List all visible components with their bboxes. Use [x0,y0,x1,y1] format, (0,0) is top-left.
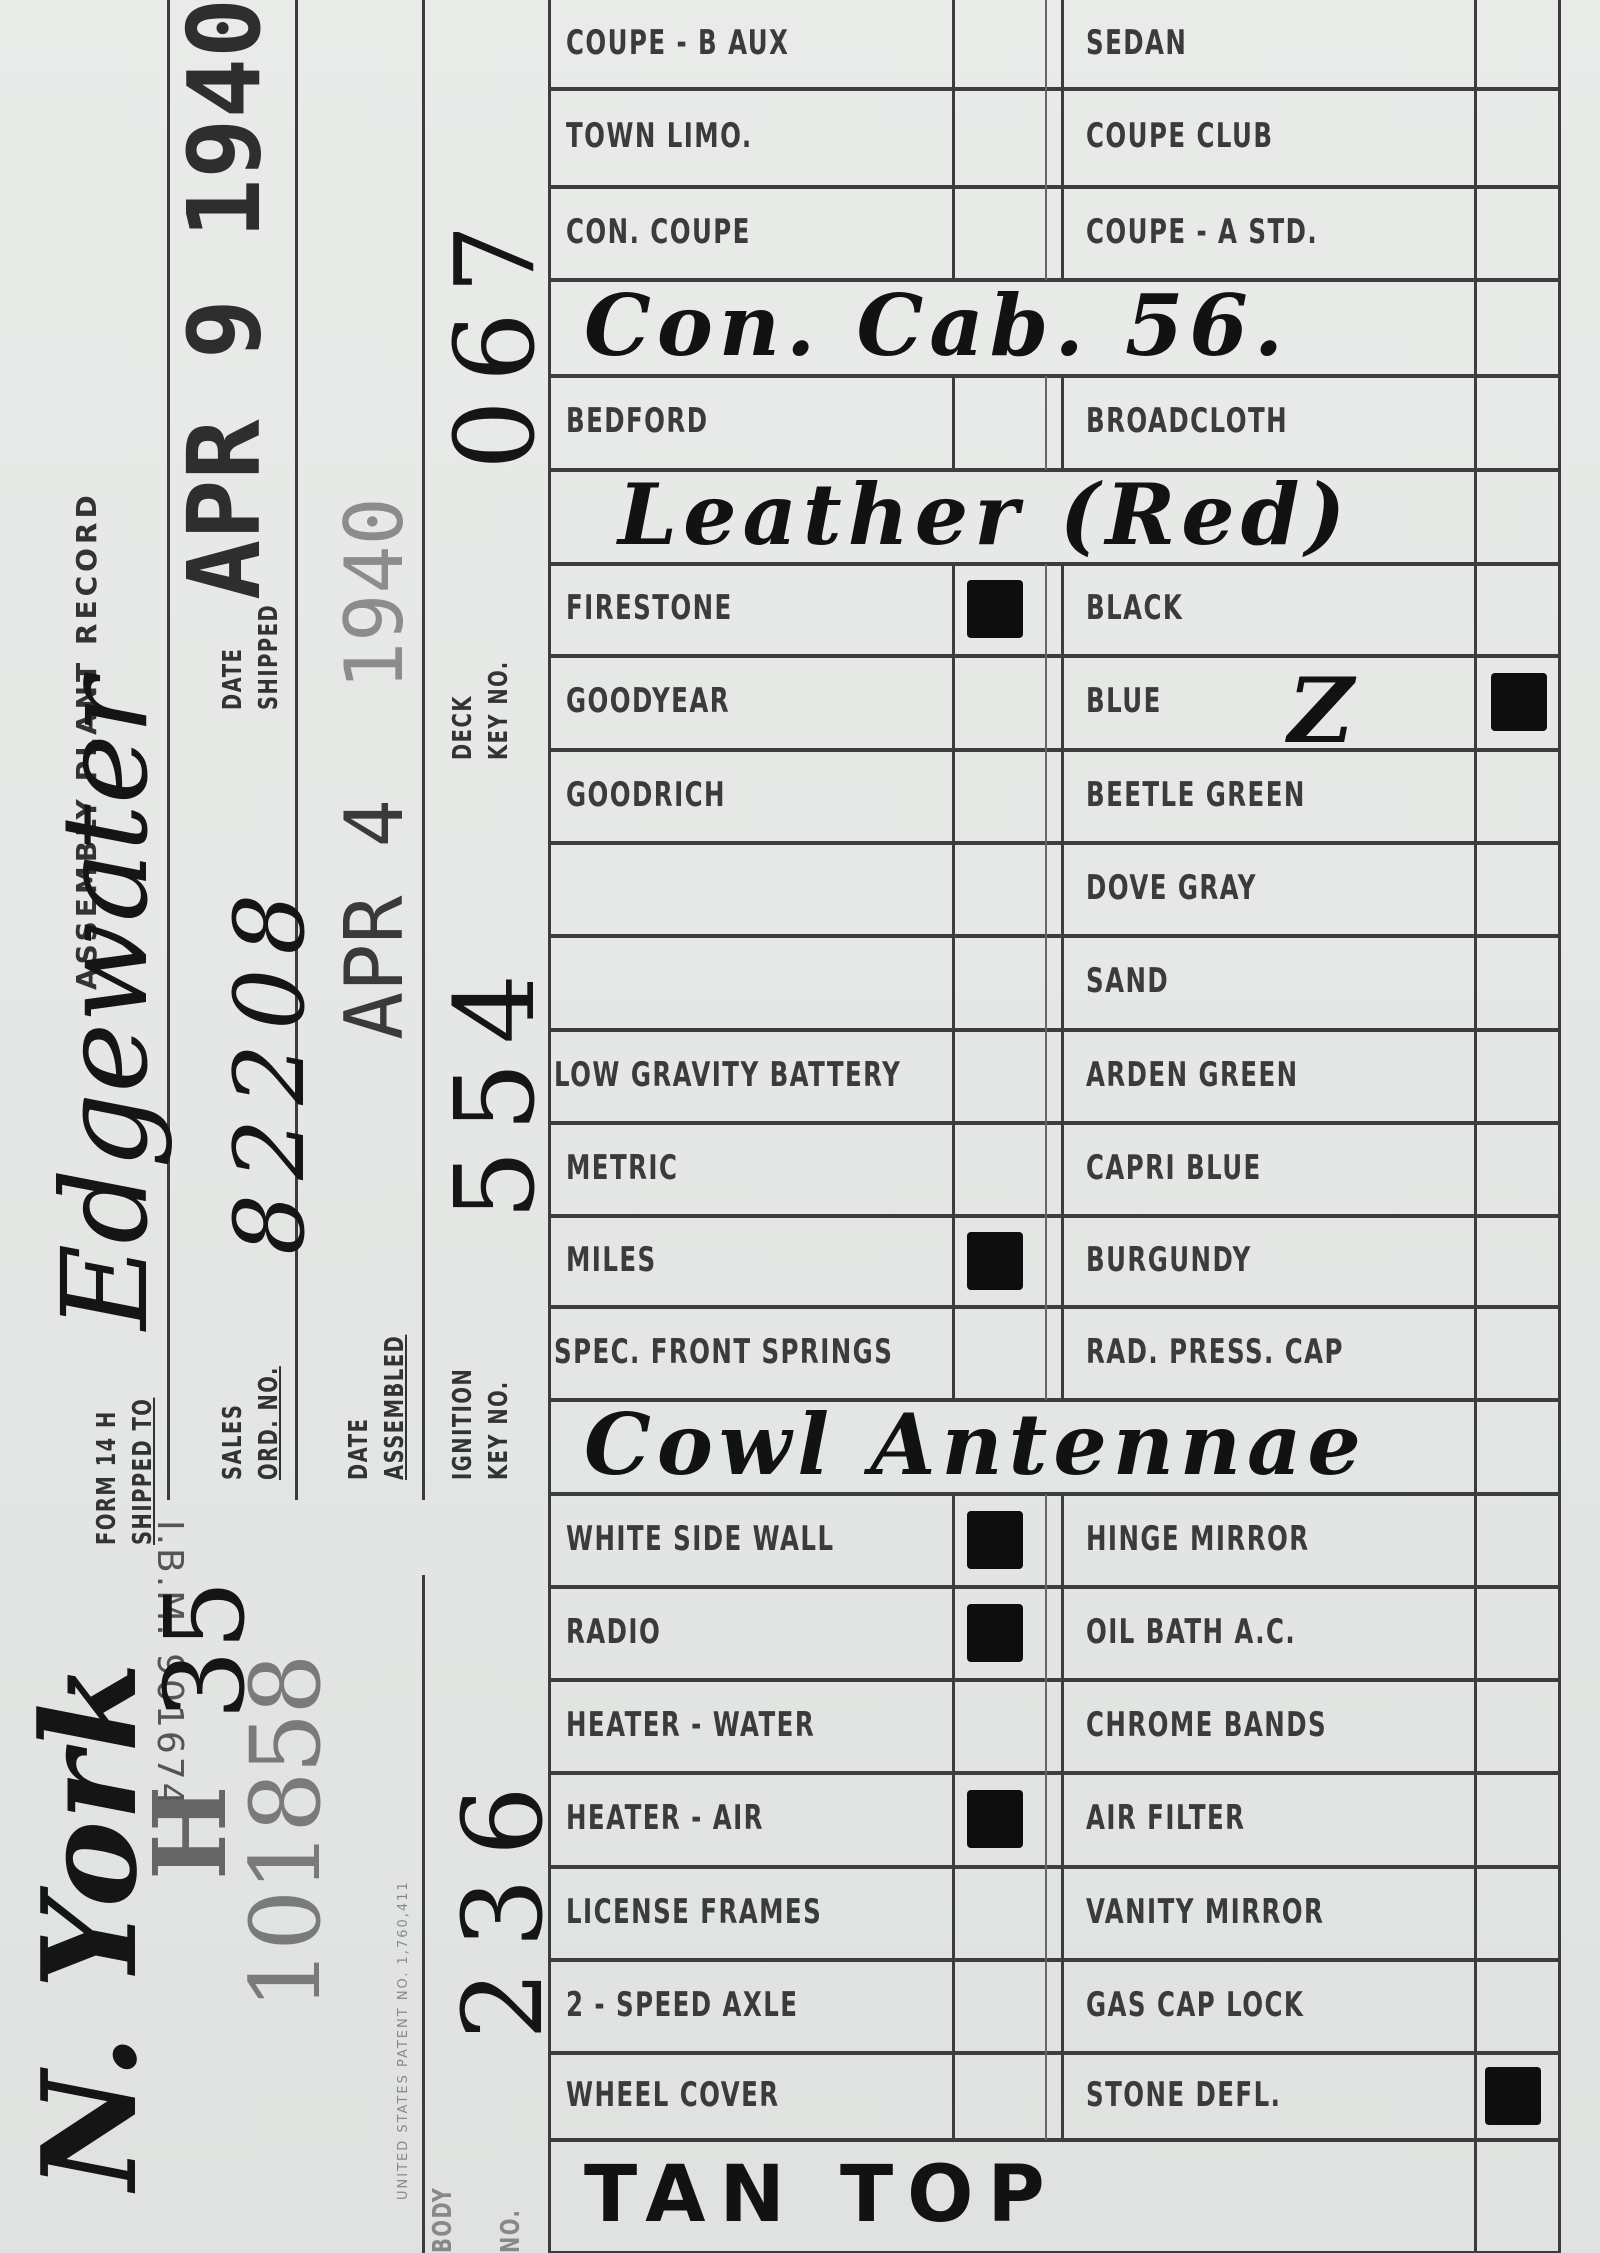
col-rule-double-a [1045,187,1047,280]
option-label-right: SAND [1086,961,1169,1001]
col-rule-double-a [1045,750,1047,843]
left-checkbox[interactable] [955,0,1043,85]
left-checkbox[interactable] [955,936,1043,1026]
deck-key-value: 067 [440,206,550,470]
table-row: RADIOOIL BATH A.C. [548,1587,1560,1680]
check-mark-icon [1485,2067,1541,2125]
col-rule-double-b [1061,1960,1064,2053]
table-row: TOWN LIMO.COUPE CLUB [548,89,1560,187]
handwritten-row: TAN TOP [548,2140,1560,2253]
left-checkbox[interactable] [955,1123,1043,1212]
handwritten-entry: TAN TOP [584,2145,1059,2245]
deck-key-label-1: DECK [448,673,478,760]
left-checkbox[interactable] [955,656,1043,746]
col-rule-double-b [1061,843,1064,936]
option-label-right: CAPRI BLUE [1086,1148,1262,1188]
right-checkbox[interactable] [1477,376,1557,466]
col-rule-double-b [1061,564,1064,656]
option-label-left: GOODRICH [566,775,726,815]
rule-date-assembled [422,0,425,1500]
option-label-left: SPEC. FRONT SPRINGS [554,1332,893,1372]
handwritten-row: Leather (Red) [548,470,1560,564]
table-row: LOW GRAVITY BATTERYARDEN GREEN [548,1030,1560,1123]
right-checkbox[interactable] [1477,187,1557,276]
col-rule-double-b [1061,1123,1064,1216]
date-shipped-label-1: DATE [218,627,248,710]
table-row: GOODYEARBLUEZ [548,656,1560,750]
left-checkbox[interactable] [955,1216,1043,1303]
handwritten-row: Cowl Antennae [548,1400,1560,1494]
table-row: HEATER - WATERCHROME BANDS [548,1680,1560,1773]
right-checkbox[interactable] [1477,564,1557,652]
table-row: METRICCAPRI BLUE [548,1123,1560,1216]
date-assembled-label-1: DATE [344,1397,374,1480]
table-row: LICENSE FRAMESVANITY MIRROR [548,1867,1560,1960]
handwritten-entry: Con. Cab. 56. [584,276,1289,376]
table-row: COUPE - B AUXSEDAN [548,0,1560,89]
col-rule-double-a [1045,1867,1047,1960]
option-label-left: 2 - SPEED AXLE [566,1985,798,2025]
option-label-left: HEATER - WATER [566,1705,815,1745]
option-label-right: BLACK [1086,588,1183,628]
col-rule-double-b [1061,0,1064,89]
col-rule-double-b [1061,1494,1064,1587]
right-checkbox[interactable] [1477,1123,1557,1212]
check-mark-icon [967,1790,1023,1848]
option-label-left: FIRESTONE [566,588,733,628]
col-rule-double-b [1061,1307,1064,1400]
option-label-left: GOODYEAR [566,681,730,721]
col-rule-double-a [1045,1307,1047,1400]
check-mark-icon [967,580,1023,638]
option-label-left: CON. COUPE [566,212,751,252]
col-rule-double-b [1061,1867,1064,1960]
check-mark-icon [967,1604,1023,1662]
option-label-right: CHROME BANDS [1086,1705,1327,1745]
left-checkbox[interactable] [955,2053,1043,2136]
option-label-right: GAS CAP LOCK [1086,1985,1304,2025]
body-no-label-2: NO. [496,2194,526,2253]
right-checkbox[interactable] [1477,1867,1557,1956]
left-checkbox[interactable] [955,1494,1043,1583]
col-rule-double-a [1045,0,1047,89]
right-checkbox[interactable] [1477,656,1557,746]
col-rule-double-a [1045,1680,1047,1773]
right-checkbox[interactable] [1477,750,1557,839]
dealer-name: N. York [20,1662,160,2190]
option-label-right: BEETLE GREEN [1086,775,1306,815]
right-checkbox[interactable] [1477,1960,1557,2049]
right-checkbox[interactable] [1477,1587,1557,1676]
col-rule-double-a [1045,376,1047,470]
table-row: DOVE GRAY [548,843,1560,936]
right-checkbox[interactable] [1477,936,1557,1026]
col-rule-double-a [1045,1494,1047,1587]
serial-prefix-stamp: H [140,1786,240,1880]
right-checkbox[interactable] [1477,2053,1557,2136]
col-rule-double-b [1061,187,1064,280]
option-label-right: BROADCLOTH [1086,401,1288,441]
sales-ord-value: 82208 [220,880,320,1255]
left-checkbox[interactable] [955,843,1043,932]
left-checkbox[interactable] [955,1773,1043,1863]
left-checkbox[interactable] [955,1587,1043,1676]
col-rule-double-b [1061,936,1064,1030]
right-checkbox[interactable] [1477,1216,1557,1303]
col-rule-double-b [1061,656,1064,750]
shipped-to-label: SHIPPED TO [128,1348,158,1545]
body-no-label-1: BODY [428,2165,458,2253]
option-label-left: WHEEL COVER [566,2075,780,2115]
shipped-to-value: Edgewater [40,678,170,1330]
table-row: GOODRICHBEETLE GREEN [548,750,1560,843]
date-shipped-value: APR 9 1940 [170,0,280,600]
handwritten-row: Con. Cab. 56. [548,280,1560,376]
col-rule-double-b [1061,1216,1064,1307]
left-checkbox[interactable] [955,187,1043,276]
col-rule-double-b [1061,2053,1064,2140]
ignition-key-label-1: IGNITION [448,1330,478,1480]
col-rule-double-a [1045,843,1047,936]
table-row: WHEEL COVERSTONE DEFL. [548,2053,1560,2140]
deck-key-label-2: KEY NO. [484,627,514,760]
col-rule-double-a [1045,1216,1047,1307]
check-mark-icon [967,1232,1023,1290]
left-checkbox[interactable] [955,376,1043,466]
option-label-left: METRIC [566,1148,678,1188]
option-label-right: ARDEN GREEN [1086,1055,1299,1095]
left-checkbox[interactable] [955,564,1043,652]
col-rule-double-a [1045,656,1047,750]
sales-ord-label-2: ORD. NO. [254,1328,284,1480]
col-rule-double-b [1061,1030,1064,1123]
right-checkbox[interactable] [1477,1307,1557,1396]
body-no-value: 236 [448,1764,558,2040]
sales-ord-label-1: SALES [218,1378,248,1480]
table-row: 2 - SPEED AXLEGAS CAP LOCK [548,1960,1560,2053]
col-rule-double-b [1061,750,1064,843]
right-checkbox[interactable] [1477,89,1557,183]
option-label-left: RADIO [566,1612,661,1652]
table-row: FIRESTONEBLACK [548,564,1560,656]
option-label-right: STONE DEFL. [1086,2075,1281,2115]
rule-sales-ord [295,0,298,1500]
option-label-right: BURGUNDY [1086,1240,1252,1280]
left-checkbox[interactable] [955,1867,1043,1956]
col-rule-double-a [1045,2053,1047,2140]
option-label-left: MILES [566,1240,657,1280]
table-row: SAND [548,936,1560,1030]
col-rule-double-b [1061,1680,1064,1773]
option-label-right: SEDAN [1086,23,1187,63]
check-mark-icon [967,1511,1023,1569]
left-checkbox[interactable] [955,1680,1043,1769]
handwritten-entry: Cowl Antennae [584,1395,1367,1495]
right-checkbox[interactable] [1477,1773,1557,1863]
check-mark-icon [1491,673,1547,731]
right-checkbox[interactable] [1477,1680,1557,1769]
option-label-right: VANITY MIRROR [1086,1892,1324,1932]
col-rule-double-a [1045,1587,1047,1680]
col-rule-double-a [1045,564,1047,656]
col-rule-double-a [1045,89,1047,187]
date-assembled-month-day: APR 4 [330,799,420,1040]
left-checkbox[interactable] [955,1030,1043,1119]
right-checkbox[interactable] [1477,0,1557,85]
left-checkbox[interactable] [955,1307,1043,1396]
option-label-right: AIR FILTER [1086,1798,1245,1838]
option-label-right: RAD. PRESS. CAP [1086,1332,1344,1372]
table-row: CON. COUPECOUPE - A STD. [548,187,1560,280]
date-assembled-year: 1940 [330,497,420,690]
option-label-right: BLUE [1086,681,1162,721]
left-checkbox[interactable] [955,750,1043,839]
table-row: SPEC. FRONT SPRINGSRAD. PRESS. CAP [548,1307,1560,1400]
right-checkbox[interactable] [1477,843,1557,932]
option-label-left: COUPE - B AUX [566,23,789,63]
col-rule-double-b [1061,89,1064,187]
col-rule-double-a [1045,1030,1047,1123]
right-checkbox[interactable] [1477,1494,1557,1583]
col-rule-double-b [1061,376,1064,470]
ignition-key-label-2: KEY NO. [484,1347,514,1480]
rule-date-assembled-lower [422,1575,425,2253]
options-table: COUPE - B AUXSEDANTOWN LIMO.COUPE CLUBCO… [548,0,1563,2253]
patent-number: UNITED STATES PATENT NO. 1,760,411 [396,1880,411,2200]
option-label-right: OIL BATH A.C. [1086,1612,1296,1652]
table-row: BEDFORDBROADCLOTH [548,376,1560,470]
form-label: FORM 14 H [92,1365,122,1545]
col-rule-double-a [1045,1960,1047,2053]
option-label-right: COUPE - A STD. [1086,212,1318,252]
table-row: MILESBURGUNDY [548,1216,1560,1307]
date-assembled-label-2: ASSEMBLED [380,1286,410,1480]
col-rule-double-a [1045,1123,1047,1216]
option-label-left: BEDFORD [566,401,708,441]
col-rule-double-a [1045,936,1047,1030]
option-label-right: DOVE GRAY [1086,868,1257,908]
table-row: HEATER - AIRAIR FILTER [548,1773,1560,1867]
col-rule-double-b [1061,1773,1064,1867]
col-rule-double-b [1061,1587,1064,1680]
option-label-right: HINGE MIRROR [1086,1519,1310,1559]
table-row: WHITE SIDE WALLHINGE MIRROR [548,1494,1560,1587]
option-label-left: WHITE SIDE WALL [566,1519,834,1559]
left-checkbox[interactable] [955,89,1043,183]
option-label-left: TOWN LIMO. [566,116,753,156]
option-label-left: HEATER - AIR [566,1798,764,1838]
serial-number-stamp: 101858 [238,1656,334,2010]
left-checkbox[interactable] [955,1960,1043,2049]
handwritten-entry: Leather (Red) [618,465,1351,565]
option-label-left: LOW GRAVITY BATTERY [554,1055,901,1095]
option-label-left: LICENSE FRAMES [566,1892,822,1932]
option-label-right: COUPE CLUB [1086,116,1273,156]
right-checkbox[interactable] [1477,1030,1557,1119]
assembly-plant-record-card: FORM 14 H SHIPPED TO ASSEMBLY PLANT RECO… [0,0,1600,2253]
col-rule-double-a [1045,1773,1047,1867]
ignition-key-value: 554 [440,956,550,1220]
